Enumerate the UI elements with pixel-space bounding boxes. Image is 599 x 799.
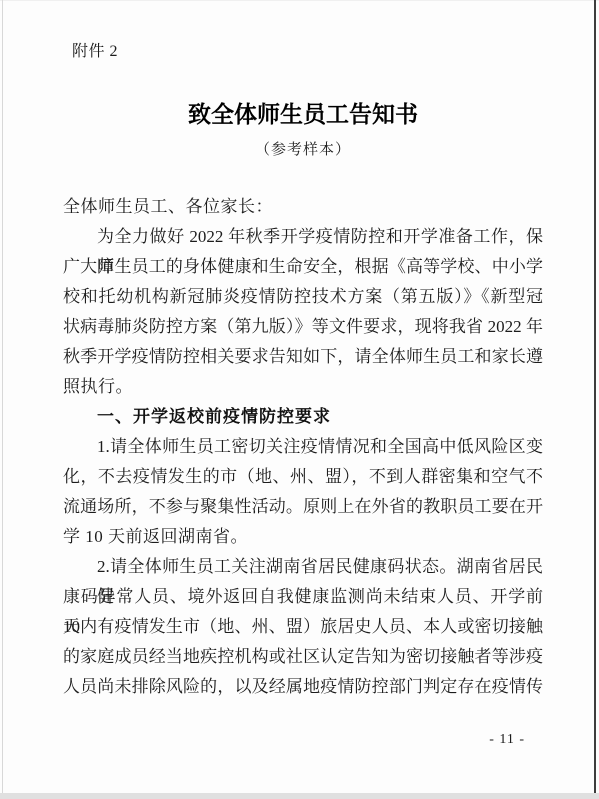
- document-body: 全体师生员工、各位家长：为全力做好 2022 年秋季开学疫情防控和开学准备工作，…: [63, 192, 543, 702]
- text-line: 流通场所，不参与聚集性活动。原则上在外省的教职员工要在开: [63, 492, 543, 522]
- text-line: 为全力做好 2022 年秋季开学疫情防控和开学准备工作，保障: [63, 222, 543, 252]
- text-line: 2.请全体师生员工关注湖南省居民健康码状态。湖南省居民健: [63, 552, 543, 582]
- page-number: - 11 -: [63, 731, 543, 749]
- text-line: 学 10 天前返回湖南省。: [63, 522, 543, 552]
- text-line: 状病毒肺炎防控方案（第九版）》等文件要求，现将我省 2022 年: [63, 312, 543, 342]
- page-edge-top: [0, 0, 599, 1]
- document-title: 致全体师生员工告知书: [63, 99, 543, 131]
- page-edge-right: [594, 0, 596, 793]
- text-line: 康码异常人员、境外返回自我健康监测尚未结束人员、开学前 10: [63, 582, 543, 612]
- text-line: 天内有疫情发生市（地、州、盟）旅居史人员、本人或密切接触: [63, 612, 543, 642]
- attachment-label: 附件 2: [72, 42, 118, 62]
- page-edge-left: [2, 0, 3, 793]
- section-heading: 一、开学返校前疫情防控要求: [63, 402, 543, 432]
- text-line: 照执行。: [63, 372, 543, 402]
- text-line: 1.请全体师生员工密切关注疫情情况和全国高中低风险区变: [63, 432, 543, 462]
- text-line: 化，不去疫情发生的市（地、州、盟），不到人群密集和空气不: [63, 462, 543, 492]
- page-edge-bottom: [0, 793, 599, 799]
- text-line: 全体师生员工、各位家长：: [63, 192, 543, 222]
- text-line: 秋季开学疫情防控相关要求告知如下，请全体师生员工和家长遵: [63, 342, 543, 372]
- document-page: 附件 2 致全体师生员工告知书 （参考样本） 全体师生员工、各位家长：为全力做好…: [0, 0, 599, 799]
- text-line: 人员尚未排除风险的，以及经属地疫情防控部门判定存在疫情传: [63, 672, 543, 702]
- text-line: 广大师生员工的身体健康和生命安全，根据《高等学校、中小学: [63, 252, 543, 282]
- text-line: 校和托幼机构新冠肺炎疫情防控技术方案（第五版）》《新型冠: [63, 282, 543, 312]
- text-line: 的家庭成员经当地疾控机构或社区认定告知为密切接触者等涉疫: [63, 642, 543, 672]
- document-subtitle: （参考样本）: [63, 139, 543, 161]
